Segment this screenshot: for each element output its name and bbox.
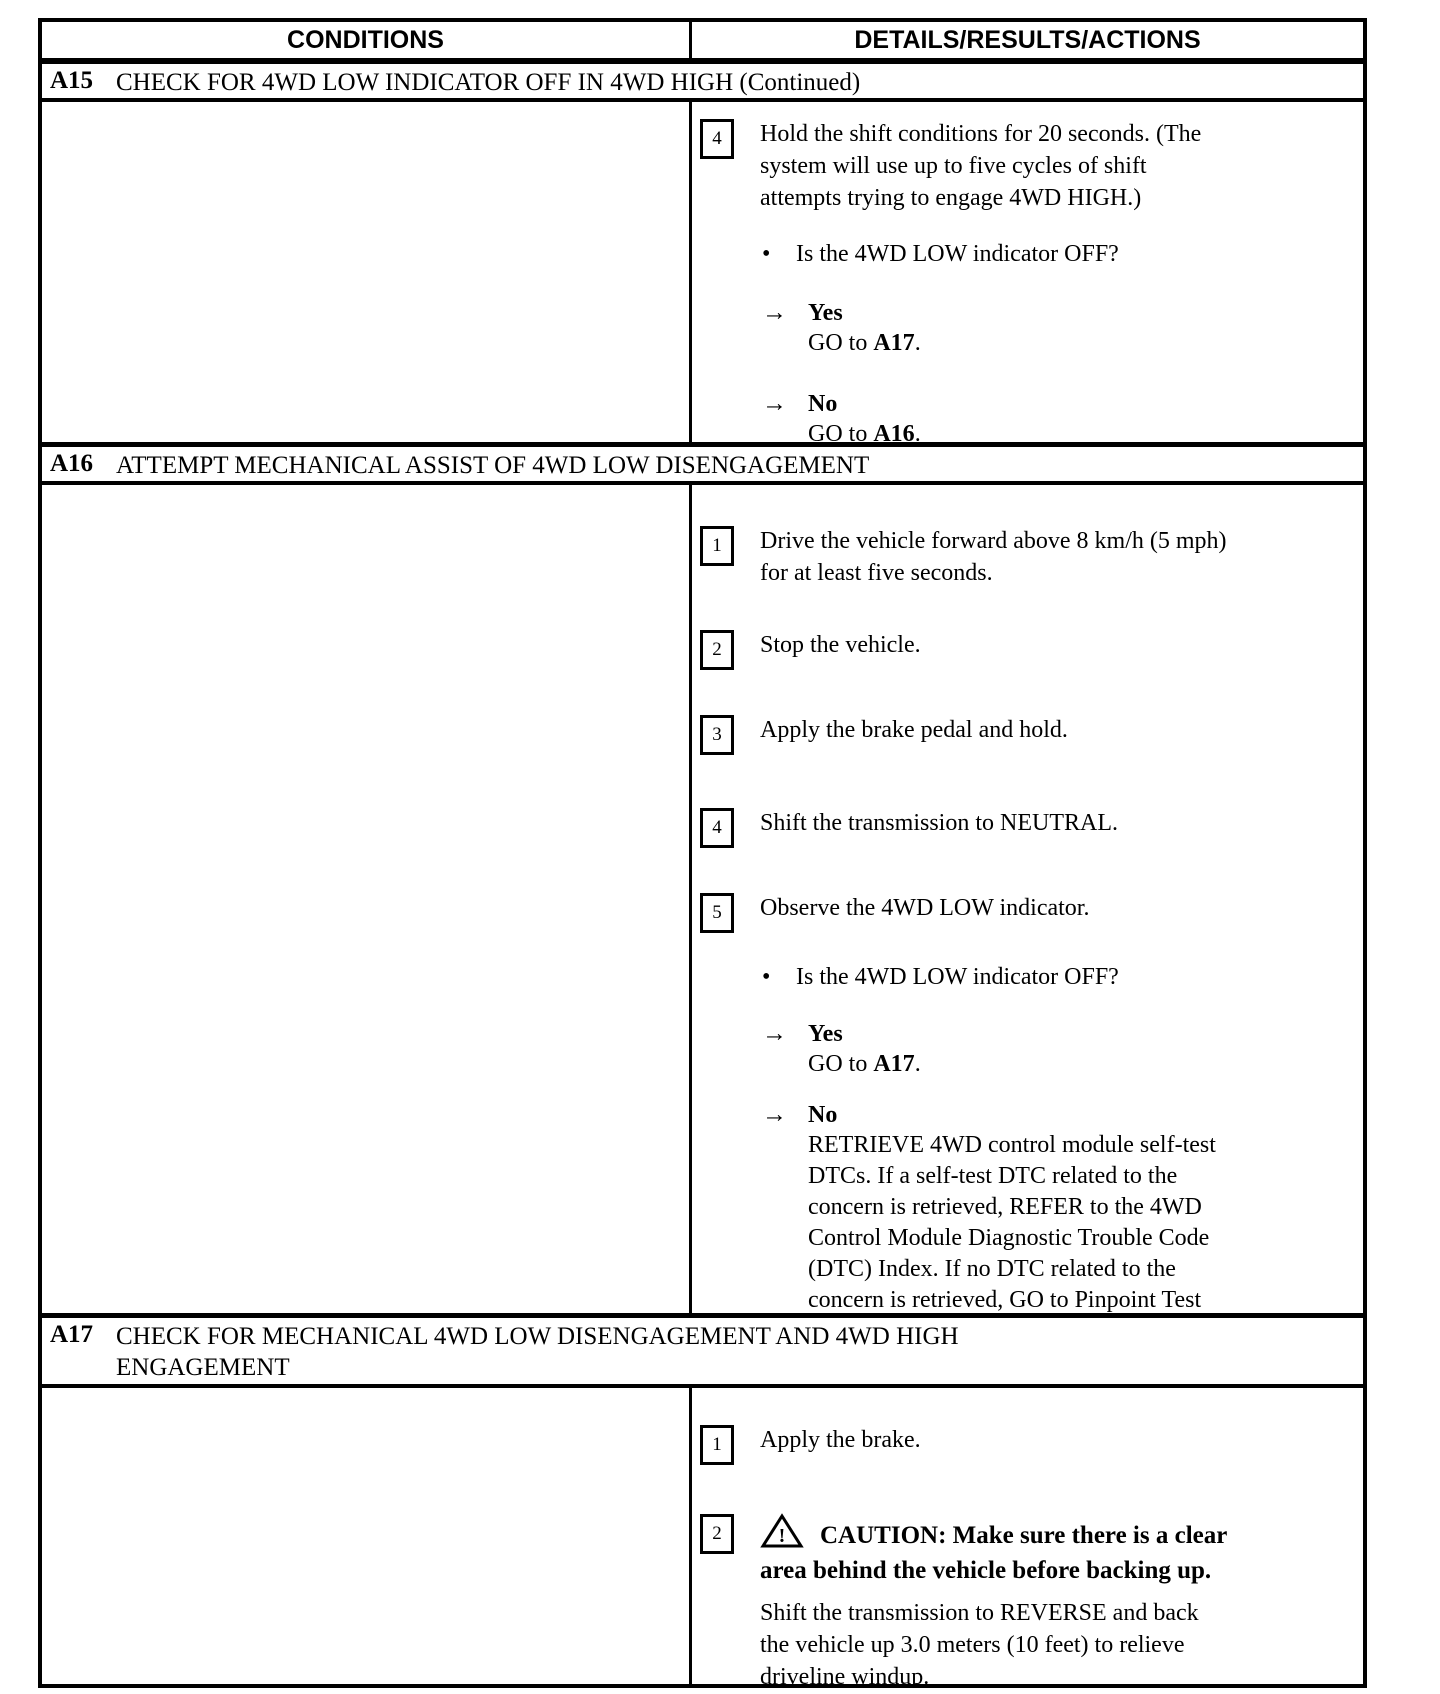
step-body: ! CAUTION: Make sure there is a clear ar… [760,1513,1227,1684]
step-text: Apply the brake pedal and hold. [760,714,1068,746]
step-text: Drive the vehicle forward above 8 km/h (… [760,525,1227,589]
result-body: Yes GO to A17. [808,298,921,359]
conditions-cell [42,1388,692,1684]
conditions-cell [42,102,692,442]
result-yes: → Yes GO to A17. [762,1019,1363,1080]
section-header-a15: A15 CHECK FOR 4WD LOW INDICATOR OFF IN 4… [42,64,1363,102]
action-text-end: . [915,1051,921,1077]
arrow-right-icon: → [762,1019,808,1049]
step: 4 Hold the shift conditions for 20 secon… [700,118,1363,214]
action-reference: A17 [873,330,914,356]
section-body-a16: 1 Drive the vehicle forward above 8 km/h… [42,485,1363,1318]
step-number-box: 1 [700,526,734,566]
step-number-box: 2 [700,630,734,670]
question-text: Is the 4WD LOW indicator OFF? [796,238,1119,270]
result-no: → No RETRIEVE 4WD control module self-te… [762,1100,1363,1318]
question-text: Is the 4WD LOW indicator OFF? [796,961,1119,993]
result-yes: → Yes GO to A17. [762,298,1363,359]
arrow-right-icon: → [762,389,808,419]
table-header-row: CONDITIONS DETAILS/RESULTS/ACTIONS [42,22,1363,64]
result-body: No RETRIEVE 4WD control module self-test… [808,1100,1216,1318]
step-number-box: 2 [700,1514,734,1554]
result-body: No GO to A16. [808,389,921,447]
step: 1 Apply the brake. [700,1424,1363,1465]
details-cell: 4 Hold the shift conditions for 20 secon… [692,102,1363,442]
section-body-a17: 1 Apply the brake. 2 ! CAUTION: Make sur… [42,1388,1363,1684]
step-number-box: 1 [700,1425,734,1465]
section-title: CHECK FOR 4WD LOW INDICATOR OFF IN 4WD H… [116,67,860,98]
section-header-a16: A16 ATTEMPT MECHANICAL ASSIST OF 4WD LOW… [42,447,1363,485]
step: 2 ! CAUTION: Make sure there is a clear … [700,1513,1363,1684]
arrow-right-icon: → [762,298,808,328]
document-page: { "page": { "background": "#ffffff", "in… [0,0,1440,1694]
section-id: A17 [50,1321,116,1349]
bullet-icon: • [762,961,796,993]
action-text: RETRIEVE 4WD control module self-test DT… [808,1132,1216,1318]
step-text: Shift the transmission to NEUTRAL. [760,807,1118,839]
step-text: Shift the transmission to REVERSE and ba… [760,1597,1227,1684]
step-text: Apply the brake. [760,1424,921,1456]
svg-text:!: ! [779,1525,786,1547]
result-action: RETRIEVE 4WD control module self-test DT… [808,1130,1216,1318]
action-text-end: . [915,330,921,356]
step-number-box: 4 [700,808,734,848]
result-no: → No GO to A16. [762,389,1363,447]
column-header-details-results-actions: DETAILS/RESULTS/ACTIONS [692,22,1363,58]
result-label: Yes [808,1019,921,1049]
step-number-box: 4 [700,119,734,159]
caution-text: CAUTION: Make sure there is a clear area… [760,1522,1227,1584]
result-label: No [808,389,921,419]
action-text-end: . [915,421,921,447]
question-line: • Is the 4WD LOW indicator OFF? [762,238,1363,270]
result-action: GO to A16. [808,419,921,447]
conditions-cell [42,485,692,1313]
pinpoint-test-table: CONDITIONS DETAILS/RESULTS/ACTIONS A15 C… [38,18,1367,1688]
step-text: Observe the 4WD LOW indicator. [760,892,1089,924]
result-label: Yes [808,298,921,328]
action-text: GO to [808,421,873,447]
details-cell: 1 Apply the brake. 2 ! CAUTION: Make sur… [692,1388,1363,1684]
step: 3 Apply the brake pedal and hold. [700,714,1363,755]
action-text: GO to [808,1051,873,1077]
result-action: GO to A17. [808,328,921,359]
step: 5 Observe the 4WD LOW indicator. [700,892,1363,933]
section-body-a15: 4 Hold the shift conditions for 20 secon… [42,102,1363,447]
step: 4 Shift the transmission to NEUTRAL. [700,807,1363,848]
bullet-icon: • [762,238,796,270]
question-line: • Is the 4WD LOW indicator OFF? [762,961,1363,993]
details-cell: 1 Drive the vehicle forward above 8 km/h… [692,485,1363,1313]
step-text: Stop the vehicle. [760,629,921,661]
result-label: No [808,1100,1216,1130]
step-number-box: 5 [700,893,734,933]
caution-icon: ! [760,1513,804,1554]
step: 1 Drive the vehicle forward above 8 km/h… [700,525,1363,589]
section-title: CHECK FOR MECHANICAL 4WD LOW DISENGAGEME… [116,1321,959,1383]
result-action: GO to A17. [808,1049,921,1080]
step-number-box: 3 [700,715,734,755]
action-text: GO to [808,330,873,356]
section-header-a17: A17 CHECK FOR MECHANICAL 4WD LOW DISENGA… [42,1318,1363,1388]
step-text: Hold the shift conditions for 20 seconds… [760,118,1201,214]
action-reference: A17 [873,1051,914,1077]
column-header-conditions: CONDITIONS [42,22,692,58]
caution-block: ! CAUTION: Make sure there is a clear ar… [760,1513,1227,1587]
action-reference: A16 [873,421,914,447]
section-id: A15 [50,67,116,95]
step: 2 Stop the vehicle. [700,629,1363,670]
section-title: ATTEMPT MECHANICAL ASSIST OF 4WD LOW DIS… [116,450,869,481]
section-id: A16 [50,450,116,478]
result-body: Yes GO to A17. [808,1019,921,1080]
arrow-right-icon: → [762,1100,808,1130]
